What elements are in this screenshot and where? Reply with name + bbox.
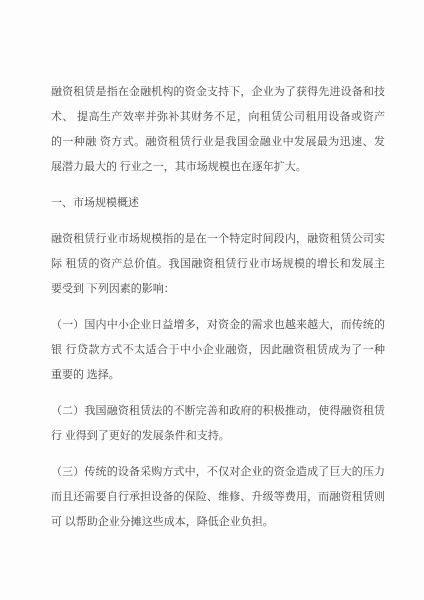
text-line: 行 业得到了更好的发展条件和支持。 bbox=[51, 424, 385, 449]
text-line: 融资租赁行业市场规模指的是在一个特定时间段内，融资租赁公司实 bbox=[51, 227, 385, 252]
text-line: 重要的 选择。 bbox=[51, 363, 385, 388]
text-line: 而且还需要自行承担设备的保险、维修、升级等费用，而融资租赁则 bbox=[51, 485, 385, 510]
text-line: 的一种融 资方式。融资租赁行业是我国金融业中发展最为迅速、发 bbox=[51, 130, 385, 155]
text-line: （二）我国融资租赁法的不断完善和政府的积极推动，使得融资租赁 bbox=[51, 399, 385, 424]
intro-paragraph: 融资租赁是指在金融机构的资金支持下，企业为了获得先进设备和技 术、 提高生产效率… bbox=[51, 80, 385, 180]
text-line: 融资租赁是指在金融机构的资金支持下，企业为了获得先进设备和技 bbox=[51, 80, 385, 105]
factor-2-paragraph: （二）我国融资租赁法的不断完善和政府的积极推动，使得融资租赁 行 业得到了更好的… bbox=[51, 399, 385, 449]
text-line: 术、 提高生产效率并弥补其财务不足，向租赁公司租用设备或资产 bbox=[51, 105, 385, 130]
factor-1-paragraph: （一）国内中小企业日益增多，对资金的需求也越来越大，而传统的 银 行贷款方式不太… bbox=[51, 313, 385, 388]
text-line: 际 租赁的资产总价值。我国融资租赁行业市场规模的增长和发展主 bbox=[51, 252, 385, 277]
factor-3-paragraph: （三）传统的设备采购方式中，不仅对企业的资金造成了巨大的压力 而且还需要自行承担… bbox=[51, 460, 385, 535]
text-line: （三）传统的设备采购方式中，不仅对企业的资金造成了巨大的压力 bbox=[51, 460, 385, 485]
text-line: 银 行贷款方式不太适合于中小企业融资，因此融资租赁成为了一种 bbox=[51, 338, 385, 363]
text-line: （一）国内中小企业日益增多，对资金的需求也越来越大，而传统的 bbox=[51, 313, 385, 338]
text-line: 要受到 下列因素的影响： bbox=[51, 277, 385, 302]
section-heading: 一、市场规模概述 bbox=[51, 191, 385, 216]
overview-paragraph: 融资租赁行业市场规模指的是在一个特定时间段内，融资租赁公司实 际 租赁的资产总价… bbox=[51, 227, 385, 302]
text-line: 展潜力最大的 行业之一，其市场规模也在逐年扩大。 bbox=[51, 155, 385, 180]
document-page: 融资租赁是指在金融机构的资金支持下，企业为了获得先进设备和技 术、 提高生产效率… bbox=[0, 0, 424, 600]
text-line: 可 以帮助企业分摊这些成本，降低企业负担。 bbox=[51, 510, 385, 535]
